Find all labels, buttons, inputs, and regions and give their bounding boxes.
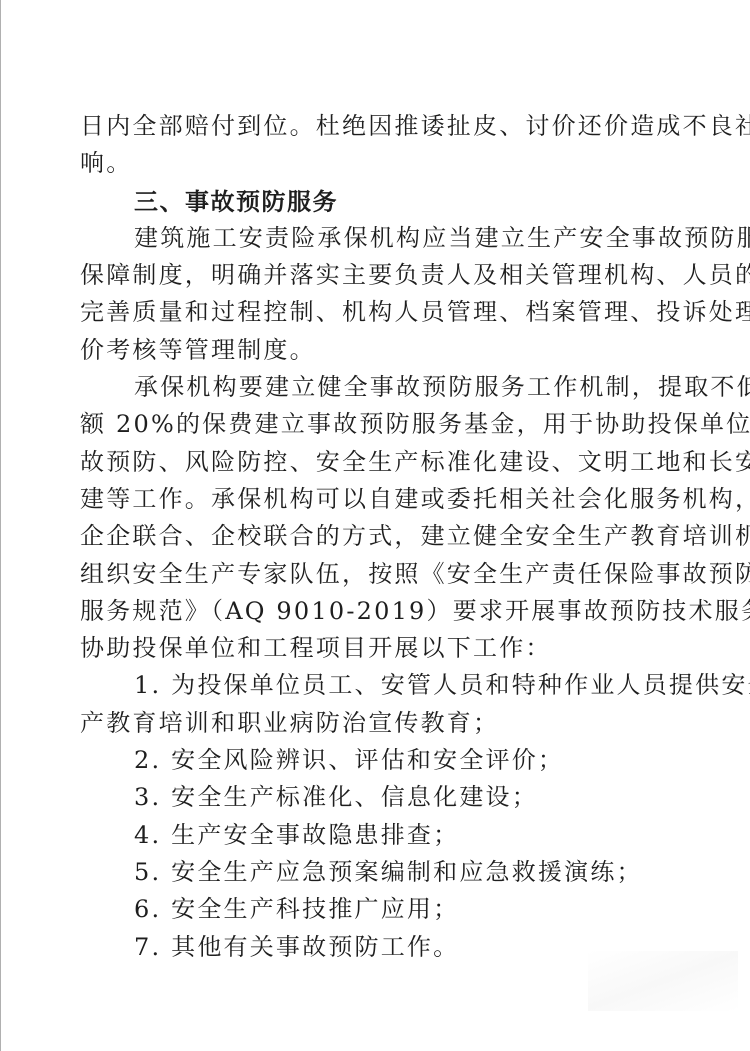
list-item: 7. 其他有关事故预防工作。 xyxy=(80,929,670,966)
text-line: 建等工作。承保机构可以自建或委托相关社会化服务机构，采取 xyxy=(80,481,670,518)
list-item: 3. 安全生产标准化、信息化建设； xyxy=(80,779,670,816)
work-item-list: 1. 为投保单位员工、安管人员和特种作业人员提供安全生 产教育培训和职业病防治宣… xyxy=(80,667,670,965)
list-item: 6. 安全生产科技推广应用； xyxy=(80,891,670,928)
text-line: 响。 xyxy=(80,145,670,182)
list-item: 4. 生产安全事故隐患排查； xyxy=(80,817,670,854)
text-line: 协助投保单位和工程项目开展以下工作： xyxy=(80,630,670,667)
page-edge xyxy=(0,0,1,1051)
paragraph-prevention-mechanism: 承保机构要建立健全事故预防服务工作机制，提取不低于总 额 20%的保费建立事故预… xyxy=(80,369,670,667)
text-line: 故预防、风险防控、安全生产标准化建设、文明工地和长安杯创 xyxy=(80,444,670,481)
text-line: 建筑施工安责险承保机构应当建立生产安全事故预防服务 xyxy=(80,220,670,257)
document-page: 日内全部赔付到位。杜绝因推诿扯皮、讨价还价造成不良社会影 响。 三、事故预防服务… xyxy=(80,108,670,966)
text-line: 日内全部赔付到位。杜绝因推诿扯皮、讨价还价造成不良社会影 xyxy=(80,108,670,145)
text-line: 服务规范》（AQ 9010-2019）要求开展事故预防技术服务，主要 xyxy=(80,593,670,630)
text-line: 组织安全生产专家队伍，按照《安全生产责任保险事故预防技术 xyxy=(80,556,670,593)
text-line: 保障制度，明确并落实主要负责人及相关管理机构、人员的责任， xyxy=(80,257,670,294)
text-line: 价考核等管理制度。 xyxy=(80,332,670,369)
list-item: 5. 安全生产应急预案编制和应急救援演练； xyxy=(80,854,670,891)
list-item: 1. 为投保单位员工、安管人员和特种作业人员提供安全生 xyxy=(80,667,670,704)
section-heading: 三、事故预防服务 xyxy=(80,183,670,220)
text-line: 完善质量和过程控制、机构人员管理、档案管理、投诉处理、评 xyxy=(80,294,670,331)
faint-watermark xyxy=(588,951,738,1011)
text-line: 额 20%的保费建立事故预防服务基金，用于协助投保单位开展事 xyxy=(80,406,670,443)
text-line: 企企联合、企校联合的方式，建立健全安全生产教育培训机构， xyxy=(80,518,670,555)
text-line: 承保机构要建立健全事故预防服务工作机制，提取不低于总 xyxy=(80,369,670,406)
list-item-continuation: 产教育培训和职业病防治宣传教育； xyxy=(80,705,670,742)
list-item: 2. 安全风险辨识、评估和安全评价； xyxy=(80,742,670,779)
paragraph-prevention-system: 建筑施工安责险承保机构应当建立生产安全事故预防服务 保障制度，明确并落实主要负责… xyxy=(80,220,670,369)
